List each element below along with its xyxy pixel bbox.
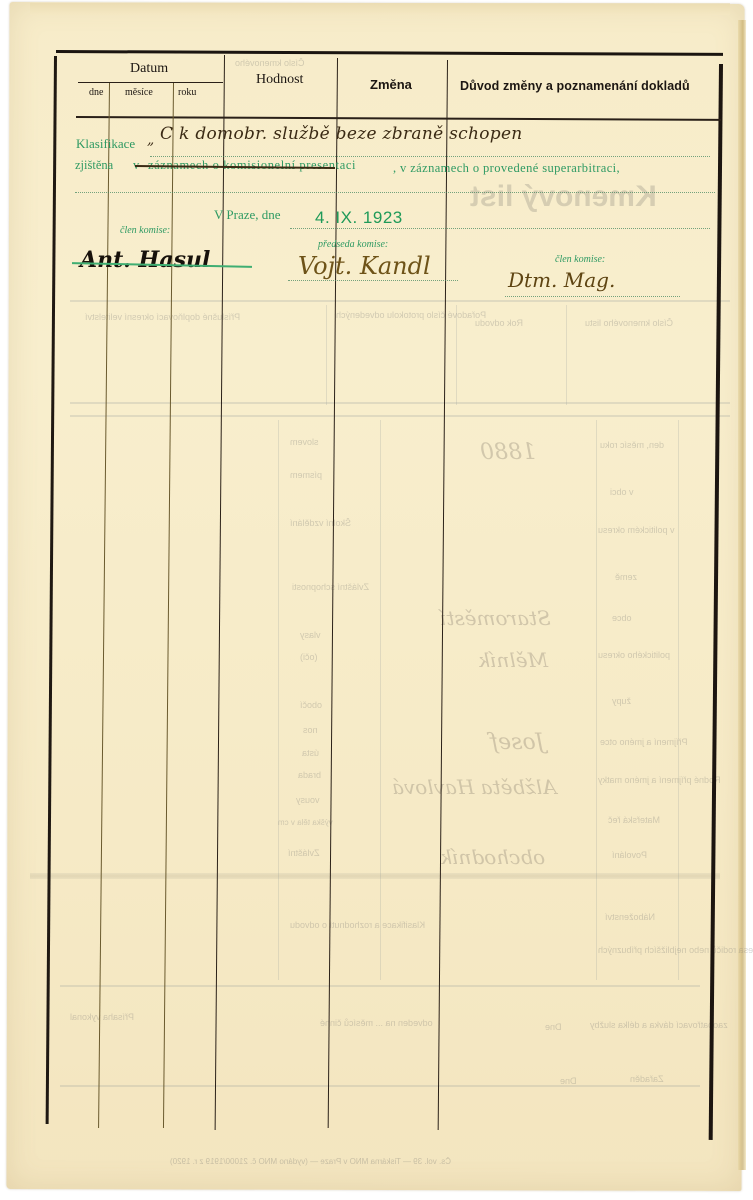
member-left-label: člen komise: xyxy=(120,225,170,236)
frame-right-rule xyxy=(709,64,723,1140)
chair-signature: Vojt. Kandl xyxy=(298,252,431,280)
member-right-dotline xyxy=(505,296,680,297)
classification-superarbitrace: , v záznamech o provedené superarbitraci… xyxy=(393,161,620,176)
chair-dotline xyxy=(288,280,458,281)
header-duvod: Důvod změny a poznamenání dokladů xyxy=(460,79,690,93)
classification-label: Klasifikace xyxy=(76,136,135,152)
header-datum-subrule xyxy=(78,82,223,83)
chair-label: předseda komise: xyxy=(318,239,388,250)
member-left-signature: Ant. Hasul xyxy=(80,247,210,273)
place-label: V Praze, dne xyxy=(214,207,281,223)
classification-dotline xyxy=(150,156,710,157)
header-zmena: Změna xyxy=(370,77,412,92)
paper-right-fold xyxy=(738,20,746,1170)
date-dotline xyxy=(290,228,710,229)
classification-quote: „ xyxy=(147,132,154,148)
paper-edge xyxy=(30,3,730,15)
header-hodnost: Hodnost xyxy=(256,72,303,88)
header-dne: dne xyxy=(89,87,103,98)
member-right-signature: Dtm. Mag. xyxy=(508,268,615,292)
header-datum: Datum xyxy=(130,61,168,77)
classification-handwritten: C k domobr. službě beze zbraně schopen xyxy=(160,124,523,144)
frame-top-rule xyxy=(56,50,723,56)
classification-dotline-2 xyxy=(75,192,715,193)
header-mesice: měsíce xyxy=(125,87,153,98)
classification-zjistena: zjištěna xyxy=(75,158,113,173)
member-right-label: člen komise: xyxy=(555,254,605,265)
ghost-imprint: Čs. vol. 39 — Tiskárna MNO v Praze — (vy… xyxy=(170,1157,451,1166)
stamp-date: 4. IX. 1923 xyxy=(315,208,403,228)
header-roku: roku xyxy=(178,87,196,98)
